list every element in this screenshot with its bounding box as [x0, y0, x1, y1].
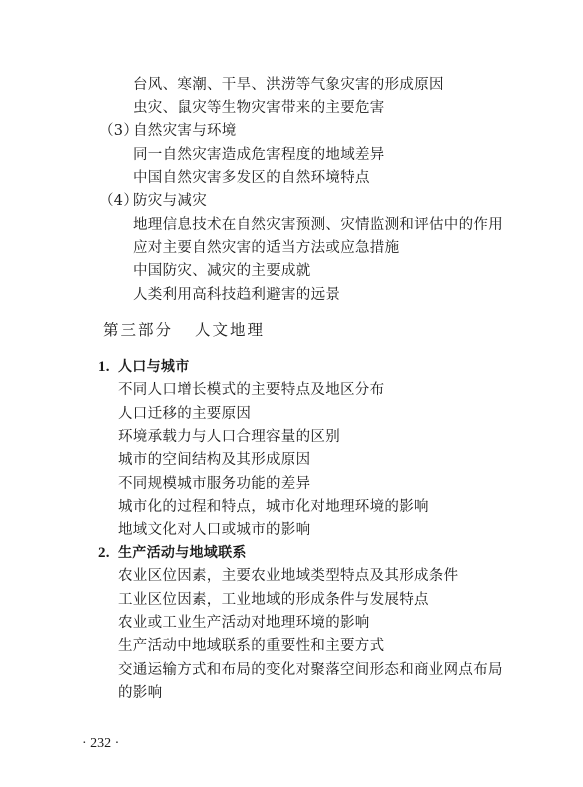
subsection-4-heading: （4）防灾与减灾	[99, 192, 207, 210]
subsection-3-heading: （3）自然灾害与环境	[99, 122, 237, 140]
subsection-3-title: 自然灾害与环境	[133, 123, 237, 139]
list-item: 环境承载力与人口合理容量的区别	[118, 428, 340, 446]
subsection-4-label: （4）	[99, 192, 133, 210]
section-2-label: 2.	[98, 544, 118, 562]
list-item: 交通运输方式和布局的变化对聚落空间形态和商业网点布局	[118, 661, 503, 679]
page-number: · 232 ·	[82, 736, 119, 752]
list-item: 农业区位因素，主要农业地域类型特点及其形成条件	[118, 567, 458, 585]
section-1-title: 人口与城市	[118, 359, 190, 375]
text-line: 虫灾、鼠灾等生物灾害带来的主要危害	[133, 99, 385, 117]
list-item: 工业区位因素，工业地域的形成条件与发展特点	[118, 591, 429, 609]
text-line: 同一自然灾害造成危害程度的地域差异	[133, 146, 385, 164]
section-2-title: 生产活动与地域联系	[118, 545, 247, 561]
list-item: 不同人口增长模式的主要特点及地区分布	[118, 381, 384, 399]
list-item: 城市的空间结构及其形成原因	[118, 451, 310, 469]
part-title: 人文地理	[195, 321, 265, 339]
list-item: 城市化的过程和特点，城市化对地理环境的影响	[118, 498, 429, 516]
list-item-continuation: 的影响	[118, 684, 162, 702]
subsection-3-label: （3）	[99, 122, 133, 140]
text-line: 人类利用高科技趋利避害的远景	[133, 286, 340, 304]
text-line: 中国防灾、减灾的主要成就	[133, 262, 311, 280]
list-item: 农业或工业生产活动对地理环境的影响	[118, 614, 370, 632]
section-1-heading: 1.人口与城市	[98, 358, 190, 376]
text-line: 台风、寒潮、干旱、洪涝等气象灾害的形成原因	[133, 76, 444, 94]
text-line: 地理信息技术在自然灾害预测、灾情监测和评估中的作用	[133, 216, 503, 234]
list-item: 人口迁移的主要原因	[118, 405, 251, 423]
part-number: 第三部分	[103, 321, 173, 339]
list-item: 不同规模城市服务功能的差异	[118, 475, 310, 493]
list-item: 生产活动中地域联系的重要性和主要方式	[118, 637, 384, 655]
section-1-label: 1.	[98, 358, 118, 376]
part-heading: 第三部分人文地理	[103, 320, 265, 340]
section-2-heading: 2.生产活动与地域联系	[98, 544, 247, 562]
list-item: 地域文化对人口或城市的影响	[118, 521, 310, 539]
text-line: 应对主要自然灾害的适当方法或应急措施	[133, 239, 399, 257]
text-line: 中国自然灾害多发区的自然环境特点	[133, 169, 370, 187]
subsection-4-title: 防灾与减灾	[133, 193, 207, 209]
